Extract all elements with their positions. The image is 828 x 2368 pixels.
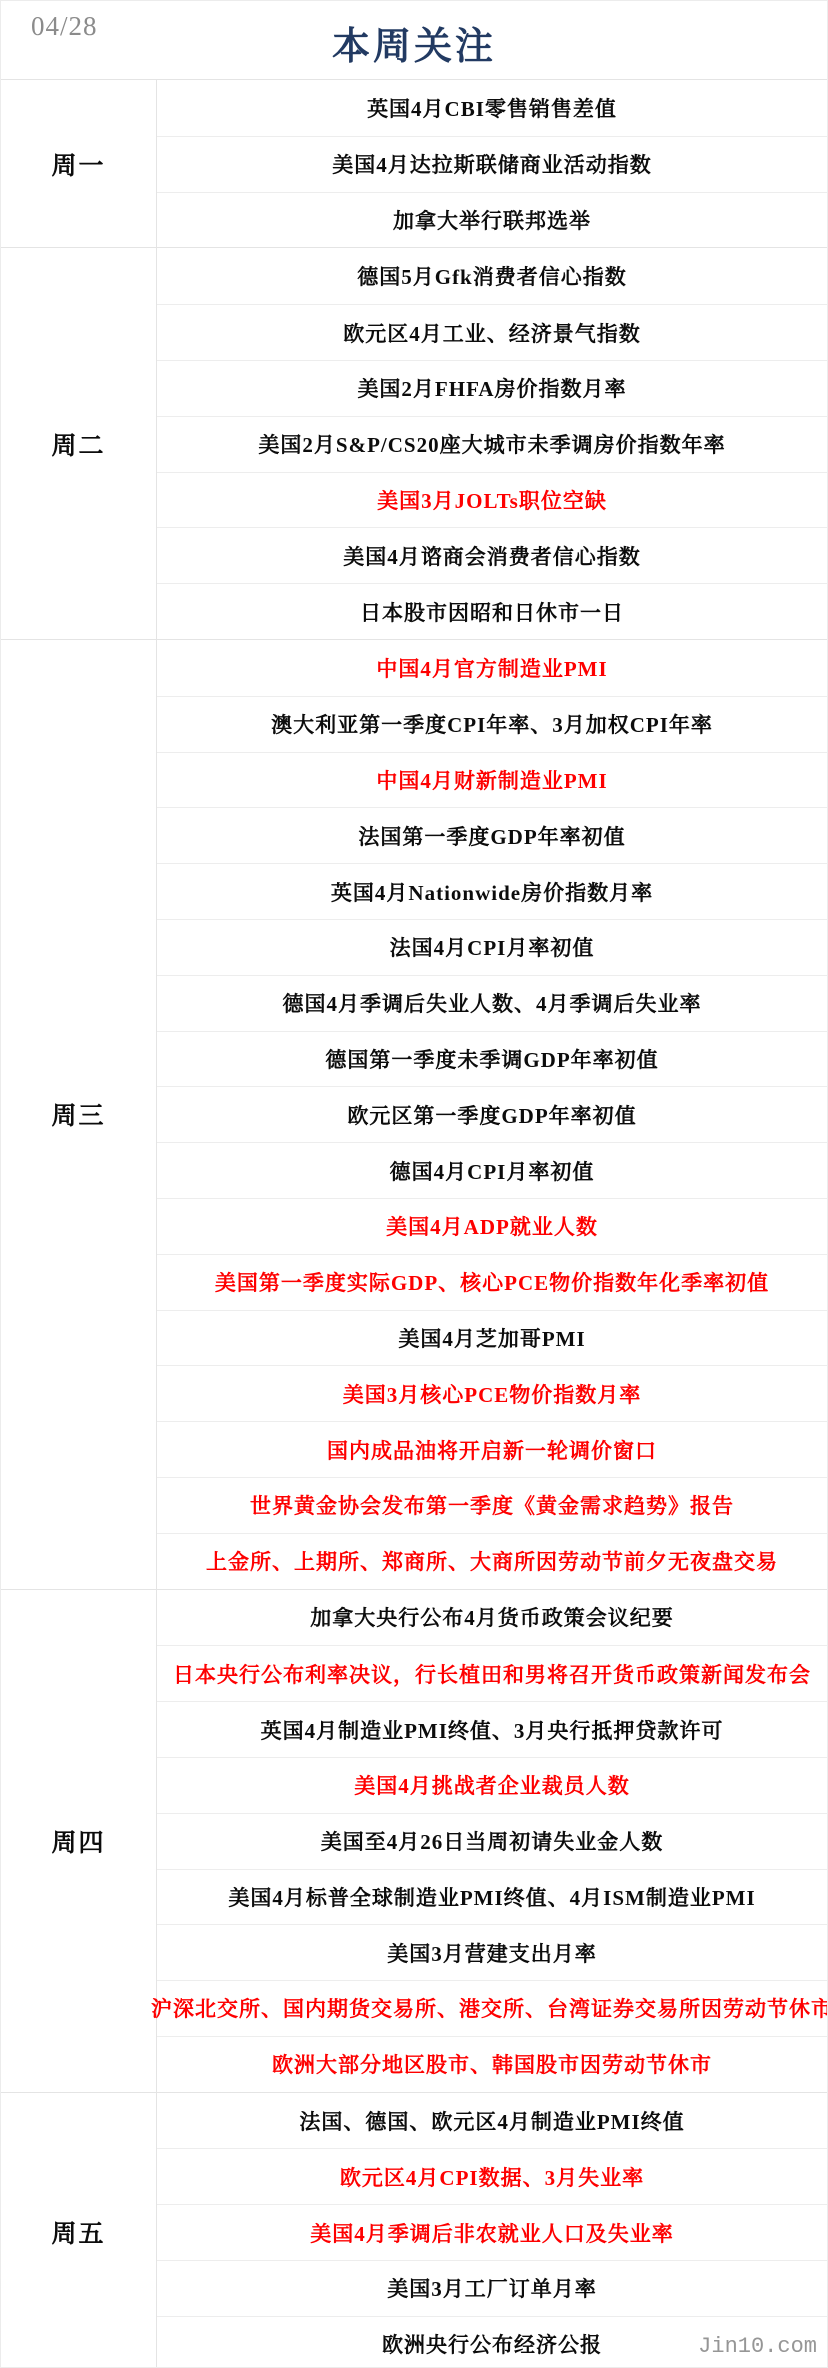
event-row: 法国、德国、欧元区4月制造业PMI终值 xyxy=(157,2093,827,2149)
events-column: 加拿大央行公布4月货币政策会议纪要日本央行公布利率决议，行长植田和男将召开货币政… xyxy=(156,1590,827,2092)
event-row: 美国4月达拉斯联储商业活动指数 xyxy=(157,136,827,192)
event-row: 德国5月Gfk消费者信心指数 xyxy=(157,248,827,304)
event-row: 德国第一季度未季调GDP年率初值 xyxy=(157,1031,827,1087)
day-section: 周一英国4月CBI零售销售差值美国4月达拉斯联储商业活动指数加拿大举行联邦选举 xyxy=(1,79,827,247)
event-text: 德国第一季度未季调GDP年率初值 xyxy=(325,1044,658,1074)
day-cell: 周三 xyxy=(1,640,156,1589)
event-text: 加拿大央行公布4月货币政策会议纪要 xyxy=(310,1602,674,1632)
event-text-highlighted: 美国第一季度实际GDP、核心PCE物价指数年化季率初值 xyxy=(215,1267,769,1297)
event-text: 美国4月标普全球制造业PMI终值、4月ISM制造业PMI xyxy=(228,1882,755,1912)
event-text: 美国4月达拉斯联储商业活动指数 xyxy=(332,149,652,179)
event-row: 加拿大举行联邦选举 xyxy=(157,192,827,248)
event-row: 沪深北交所、国内期货交易所、港交所、台湾证券交易所因劳动节休市 xyxy=(157,1980,827,2036)
events-table: 周一英国4月CBI零售销售差值美国4月达拉斯联储商业活动指数加拿大举行联邦选举周… xyxy=(1,79,827,2368)
event-row: 法国4月CPI月率初值 xyxy=(157,919,827,975)
event-text-highlighted: 中国4月财新制造业PMI xyxy=(376,765,607,795)
event-row: 日本央行公布利率决议，行长植田和男将召开货币政策新闻发布会 xyxy=(157,1645,827,1701)
event-row: 英国4月CBI零售销售差值 xyxy=(157,80,827,136)
event-text-highlighted: 国内成品油将开启新一轮调价窗口 xyxy=(327,1435,657,1465)
event-row: 美国3月核心PCE物价指数月率 xyxy=(157,1365,827,1421)
event-text: 美国4月芝加哥PMI xyxy=(398,1323,585,1353)
event-text: 英国4月CBI零售销售差值 xyxy=(367,93,617,123)
event-row: 美国4月挑战者企业裁员人数 xyxy=(157,1757,827,1813)
event-text: 美国3月营建支出月率 xyxy=(387,1938,597,1968)
event-text: 日本股市因昭和日休市一日 xyxy=(360,597,624,627)
event-text: 美国2月S&P/CS20座大城市未季调房价指数年率 xyxy=(258,429,725,459)
day-section: 周二德国5月Gfk消费者信心指数欧元区4月工业、经济景气指数美国2月FHFA房价… xyxy=(1,247,827,639)
event-text: 英国4月制造业PMI终值、3月央行抵押贷款许可 xyxy=(261,1715,724,1745)
event-row: 日本股市因昭和日休市一日 xyxy=(157,583,827,639)
page-title: 本周关注 xyxy=(1,15,827,70)
event-text-highlighted: 美国4月挑战者企业裁员人数 xyxy=(354,1770,630,1800)
event-row: 加拿大央行公布4月货币政策会议纪要 xyxy=(157,1590,827,1646)
event-text: 美国2月FHFA房价指数月率 xyxy=(357,373,626,403)
event-row: 美国第一季度实际GDP、核心PCE物价指数年化季率初值 xyxy=(157,1254,827,1310)
day-label: 周四 xyxy=(51,1823,105,1859)
event-row: 美国4月ADP就业人数 xyxy=(157,1198,827,1254)
event-text-highlighted: 欧元区4月CPI数据、3月失业率 xyxy=(340,2162,644,2192)
event-text: 欧元区4月工业、经济景气指数 xyxy=(343,318,641,348)
events-column: 德国5月Gfk消费者信心指数欧元区4月工业、经济景气指数美国2月FHFA房价指数… xyxy=(156,248,827,639)
event-row: 中国4月官方制造业PMI xyxy=(157,640,827,696)
event-text: 加拿大举行联邦选举 xyxy=(393,205,591,235)
day-label: 周五 xyxy=(51,2214,105,2250)
event-text-highlighted: 美国4月季调后非农就业人口及失业率 xyxy=(310,2218,674,2248)
event-row: 中国4月财新制造业PMI xyxy=(157,752,827,808)
event-row: 美国4月季调后非农就业人口及失业率 xyxy=(157,2204,827,2260)
event-text: 英国4月Nationwide房价指数月率 xyxy=(331,877,653,907)
event-text-highlighted: 美国3月JOLTs职位空缺 xyxy=(377,485,607,515)
event-text: 德国4月CPI月率初值 xyxy=(390,1156,595,1186)
event-row: 英国4月Nationwide房价指数月率 xyxy=(157,863,827,919)
day-cell: 周二 xyxy=(1,248,156,639)
event-row: 法国第一季度GDP年率初值 xyxy=(157,807,827,863)
event-text-highlighted: 世界黄金协会发布第一季度《黄金需求趋势》报告 xyxy=(250,1490,734,1520)
event-row: 美国3月工厂订单月率 xyxy=(157,2260,827,2316)
day-label: 周二 xyxy=(51,426,105,462)
event-text: 德国5月Gfk消费者信心指数 xyxy=(357,261,627,291)
event-row: 欧元区第一季度GDP年率初值 xyxy=(157,1086,827,1142)
event-row: 澳大利亚第一季度CPI年率、3月加权CPI年率 xyxy=(157,696,827,752)
event-row: 德国4月季调后失业人数、4月季调后失业率 xyxy=(157,975,827,1031)
events-column: 英国4月CBI零售销售差值美国4月达拉斯联储商业活动指数加拿大举行联邦选举 xyxy=(156,80,827,247)
event-row: 国内成品油将开启新一轮调价窗口 xyxy=(157,1421,827,1477)
event-text-highlighted: 沪深北交所、国内期货交易所、港交所、台湾证券交易所因劳动节休市 xyxy=(151,1993,828,2023)
events-column: 法国、德国、欧元区4月制造业PMI终值欧元区4月CPI数据、3月失业率美国4月季… xyxy=(156,2093,827,2368)
event-text: 法国第一季度GDP年率初值 xyxy=(358,821,625,851)
event-row: 英国4月制造业PMI终值、3月央行抵押贷款许可 xyxy=(157,1701,827,1757)
day-cell: 周五 xyxy=(1,2093,156,2368)
event-text: 欧元区第一季度GDP年率初值 xyxy=(347,1100,636,1130)
event-row: 美国3月营建支出月率 xyxy=(157,1924,827,1980)
event-row: 美国4月谘商会消费者信心指数 xyxy=(157,527,827,583)
event-row: 美国4月标普全球制造业PMI终值、4月ISM制造业PMI xyxy=(157,1869,827,1925)
day-section: 周三中国4月官方制造业PMI澳大利亚第一季度CPI年率、3月加权CPI年率中国4… xyxy=(1,639,827,1589)
event-text: 法国、德国、欧元区4月制造业PMI终值 xyxy=(299,2106,684,2136)
event-text-highlighted: 日本央行公布利率决议，行长植田和男将召开货币政策新闻发布会 xyxy=(173,1659,811,1689)
event-text-highlighted: 美国3月核心PCE物价指数月率 xyxy=(343,1379,642,1409)
events-column: 中国4月官方制造业PMI澳大利亚第一季度CPI年率、3月加权CPI年率中国4月财… xyxy=(156,640,827,1589)
day-cell: 周四 xyxy=(1,1590,156,2092)
event-row: 美国至4月26日当周初请失业金人数 xyxy=(157,1813,827,1869)
event-text: 美国至4月26日当周初请失业金人数 xyxy=(321,1826,664,1856)
event-text: 澳大利亚第一季度CPI年率、3月加权CPI年率 xyxy=(271,709,713,739)
day-section: 周四加拿大央行公布4月货币政策会议纪要日本央行公布利率决议，行长植田和男将召开货… xyxy=(1,1589,827,2092)
event-row: 美国3月JOLTs职位空缺 xyxy=(157,472,827,528)
watermark: Jin10.com xyxy=(698,2334,817,2359)
event-text-highlighted: 欧洲大部分地区股市、韩国股市因劳动节休市 xyxy=(272,2049,712,2079)
day-label: 周一 xyxy=(51,146,105,182)
event-row: 美国4月芝加哥PMI xyxy=(157,1310,827,1366)
event-text-highlighted: 中国4月官方制造业PMI xyxy=(376,653,607,683)
event-text-highlighted: 上金所、上期所、郑商所、大商所因劳动节前夕无夜盘交易 xyxy=(206,1546,778,1576)
day-cell: 周一 xyxy=(1,80,156,247)
event-row: 美国2月FHFA房价指数月率 xyxy=(157,360,827,416)
event-row: 欧元区4月工业、经济景气指数 xyxy=(157,304,827,360)
event-row: 欧洲大部分地区股市、韩国股市因劳动节休市 xyxy=(157,2036,827,2092)
event-row: 美国2月S&P/CS20座大城市未季调房价指数年率 xyxy=(157,416,827,472)
event-text: 德国4月季调后失业人数、4月季调后失业率 xyxy=(283,988,702,1018)
calendar-header: 04/28 本周关注 xyxy=(1,1,827,79)
event-text: 美国3月工厂订单月率 xyxy=(387,2273,597,2303)
event-row: 欧元区4月CPI数据、3月失业率 xyxy=(157,2148,827,2204)
event-text: 法国4月CPI月率初值 xyxy=(390,932,595,962)
event-row: 德国4月CPI月率初值 xyxy=(157,1142,827,1198)
day-label: 周三 xyxy=(51,1096,105,1132)
event-row: 世界黄金协会发布第一季度《黄金需求趋势》报告 xyxy=(157,1477,827,1533)
event-row: 上金所、上期所、郑商所、大商所因劳动节前夕无夜盘交易 xyxy=(157,1533,827,1589)
event-text: 美国4月谘商会消费者信心指数 xyxy=(343,541,641,571)
weekly-focus-calendar: 04/28 本周关注 周一英国4月CBI零售销售差值美国4月达拉斯联储商业活动指… xyxy=(0,0,828,2368)
day-section: 周五法国、德国、欧元区4月制造业PMI终值欧元区4月CPI数据、3月失业率美国4… xyxy=(1,2092,827,2368)
event-text: 欧洲央行公布经济公报 xyxy=(382,2329,602,2359)
event-text-highlighted: 美国4月ADP就业人数 xyxy=(386,1211,598,1241)
